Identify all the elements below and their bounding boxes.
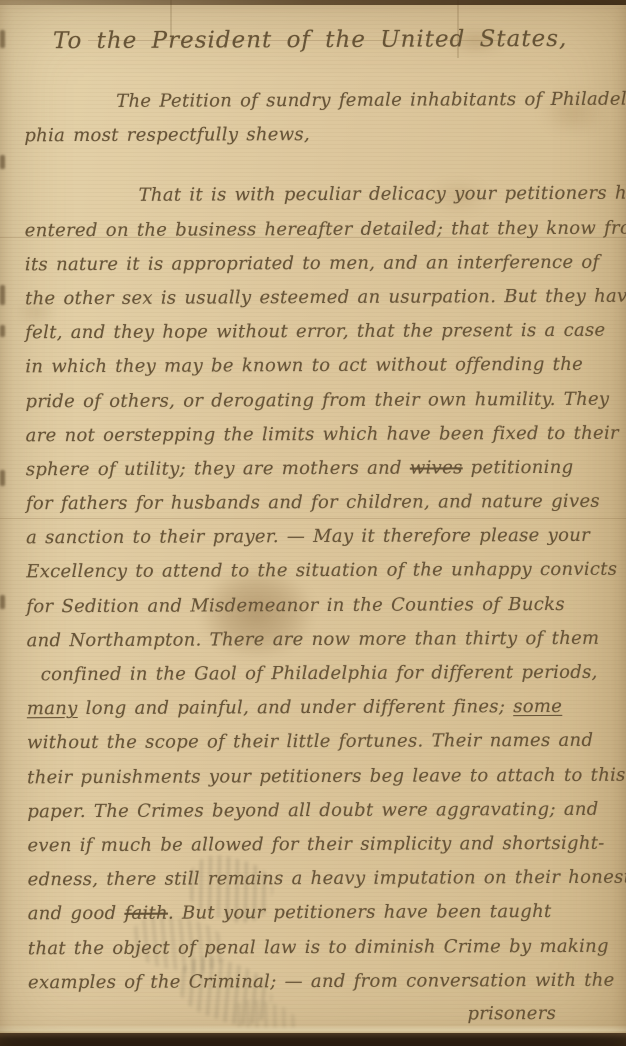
manuscript-lines: The Petition of sundry female inhabitant… [0, 83, 626, 1001]
manuscript-line: for fathers for husbands and for childre… [26, 485, 626, 522]
struck-word: wives [410, 457, 463, 478]
background-surface [0, 1033, 626, 1046]
manuscript-line: edness, there still remains a heavy impu… [28, 861, 626, 898]
manuscript-line: without the scope of their little fortun… [27, 724, 626, 761]
manuscript-line: many long and painful, and under differe… [27, 690, 626, 727]
manuscript-line: and good faith. But your petitioners hav… [28, 895, 626, 932]
underlined-word: many [27, 698, 78, 719]
manuscript-line: their punishments your petitioners beg l… [27, 758, 626, 795]
manuscript-line: that the object of penal law is to dimin… [28, 929, 626, 966]
manuscript-text: To the President of the United States, T… [0, 0, 626, 1032]
manuscript-line: examples of the Criminal; — and from con… [28, 963, 626, 1000]
manuscript-line: confined in the Gaol of Philadelphia for… [41, 656, 626, 693]
manuscript-line: That it is with peculiar delicacy your p… [139, 177, 625, 213]
manuscript-line: its nature it is appropriated to men, an… [25, 245, 625, 282]
salutation-line: To the President of the United States, [53, 21, 624, 59]
manuscript-line: in which they may be known to act withou… [25, 348, 625, 385]
manuscript-line: are not oerstepping the limits which hav… [26, 416, 626, 453]
manuscript-line: sphere of utility; they are mothers and … [26, 451, 626, 488]
manuscript-line: The Petition of sundry female inhabitant… [116, 83, 624, 119]
manuscript-line: entered on the business hereafter detail… [25, 211, 625, 248]
underlined-word: some [513, 696, 562, 717]
manuscript-line: paper. The Crimes beyond all doubt were … [27, 792, 626, 829]
manuscript-line: felt, and they hope without error, that … [25, 314, 625, 351]
struck-word: faith [124, 903, 168, 924]
paper-top-edge [0, 0, 626, 5]
manuscript-line: for Sedition and Misdemeanor in the Coun… [26, 587, 626, 624]
manuscript-line: pride of others, or derogating from thei… [25, 382, 625, 419]
manuscript-line: Excellency to attend to the situation of… [26, 553, 626, 590]
manuscript-line: and Northampton. There are now more than… [26, 621, 626, 658]
manuscript-line: phia most respectfully shews, [24, 117, 624, 154]
manuscript-line: the other sex is usually esteemed an usu… [25, 280, 625, 317]
manuscript-line: even if much be allowed for their simpli… [27, 827, 626, 864]
manuscript-scan: To the President of the United States, T… [0, 0, 626, 1046]
manuscript-line: a sanction to their prayer. — May it the… [26, 519, 626, 556]
